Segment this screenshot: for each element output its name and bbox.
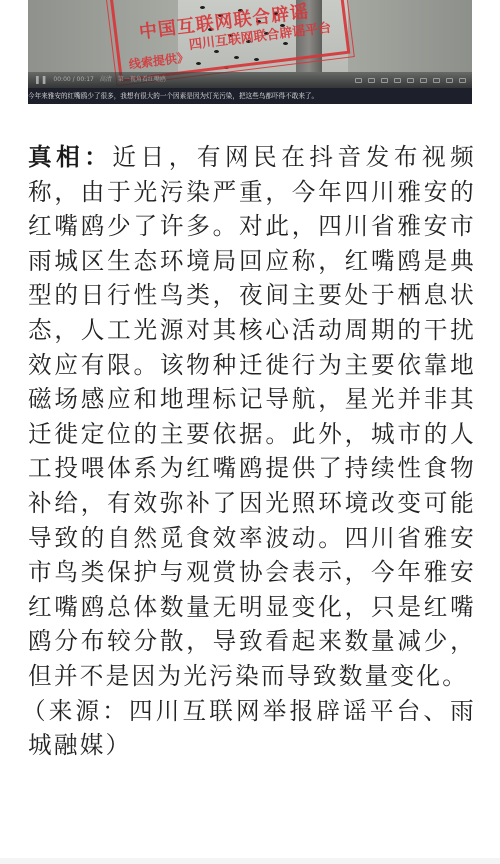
article-text: 近日，有网民在抖音发布视频称，由于光污染严重，今年四川雅安的红嘴鸥少了许多。对此… xyxy=(28,143,476,690)
subtitle-icon[interactable] xyxy=(394,78,401,83)
video-scene-right xyxy=(348,0,472,72)
fullscreen-icon[interactable] xyxy=(459,78,466,83)
widescreen-icon[interactable] xyxy=(433,78,440,83)
article-body: 真相：近日，有网民在抖音发布视频称，由于光污染严重，今年四川雅安的红嘴鸥少了许多… xyxy=(28,140,476,763)
video-subtitle: 今年来雅安的红嘴鸥少了很多，我想有很大的一个因素是因为灯光污染，把这些鸟都吓得不… xyxy=(28,88,472,104)
pause-icon[interactable]: ❚❚ xyxy=(34,72,47,88)
video-label: 第一视角看红嘴鸥 xyxy=(118,72,166,88)
settings-icon[interactable] xyxy=(446,78,453,83)
quality-icon[interactable] xyxy=(381,78,388,83)
danmaku-icon[interactable] xyxy=(355,78,362,83)
video-screenshot[interactable]: 中国互联网联合辟谣 线索提供》 四川互联网联合辟谣平台 ❚❚ 00:00 / 0… xyxy=(28,0,472,104)
pip-icon[interactable] xyxy=(420,78,427,83)
truth-label: 真相： xyxy=(28,143,112,171)
volume-icon[interactable] xyxy=(407,78,414,83)
bottom-divider xyxy=(0,858,500,864)
speed-icon[interactable] xyxy=(368,78,375,83)
quality-label[interactable]: 高清 xyxy=(100,72,112,88)
video-time: 00:00 / 00:17 xyxy=(53,72,93,88)
stamp-clue: 线索提供》 xyxy=(128,48,190,72)
video-control-bar: ❚❚ 00:00 / 00:17 高清 第一视角看红嘴鸥 xyxy=(28,72,472,88)
article-source: （来源：四川互联网举报辟谣平台、雨城融媒） xyxy=(28,694,476,763)
